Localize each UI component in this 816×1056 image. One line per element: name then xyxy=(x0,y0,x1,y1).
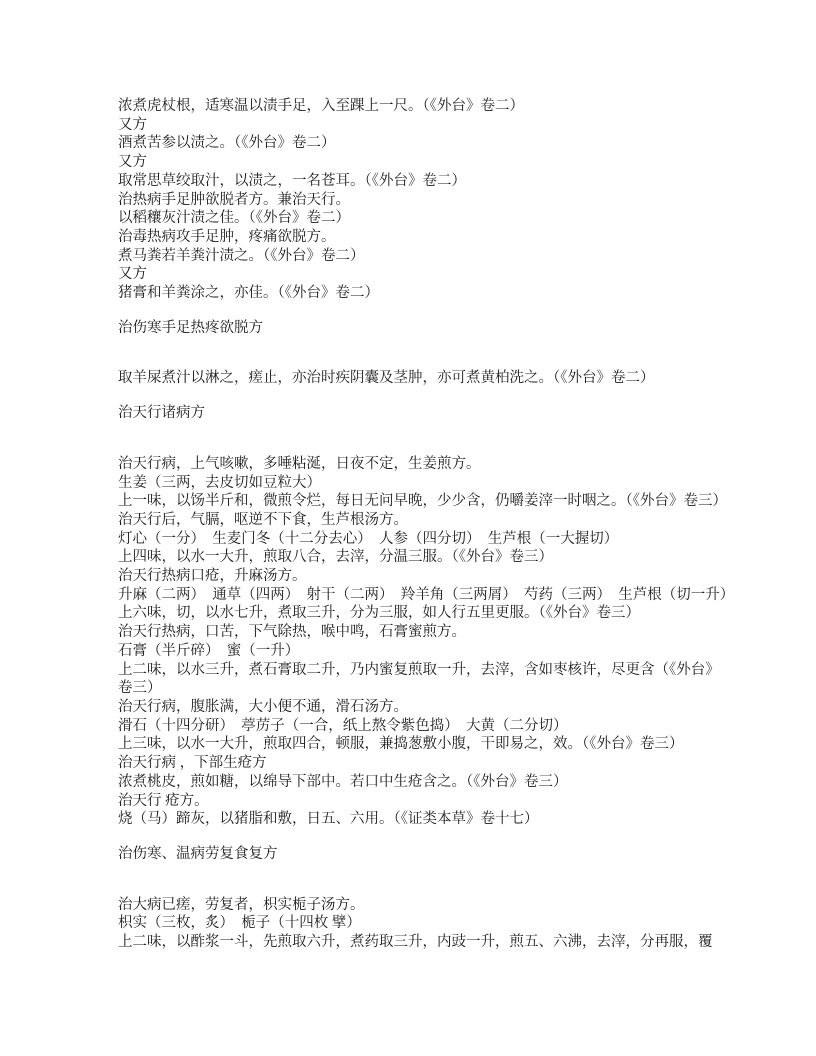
text-line: 上二味，以水三升，煮石膏取二升，乃内蜜复煎取一升，去滓，含如枣核许，尽更含（《外… xyxy=(118,661,758,680)
text-line: 治天行病，腹胀满，大小便不通，滑石汤方。 xyxy=(118,698,758,717)
text-line: 上一味，以饧半斤和，微煎令烂，每日无问早晚，少少含，仍嚼姜滓一时咽之。（《外台》… xyxy=(118,492,758,511)
text-line: 猪膏和羊粪涂之，亦佳。（《外台》卷二） xyxy=(118,284,758,303)
text-line: 取羊屎煮汁以淋之，瘥止，亦治时疾阴囊及茎肿，亦可煮黄柏洗之。（《外台》卷二） xyxy=(118,369,758,388)
text-line: 治大病已瘥，劳复者，枳实栀子汤方。 xyxy=(118,896,758,915)
text-line: 卷三） xyxy=(118,679,758,698)
text-line: 又方 xyxy=(118,116,758,135)
text-line: 又方 xyxy=(118,153,758,172)
text-line: 上四味，以水一大升，煎取八合，去滓，分温三服。（《外台》卷三） xyxy=(118,548,758,567)
document-body: 浓煮虎杖根，适寒温以渍手足，入至踝上一尺。（《外台》卷二）又方酒煮苦参以渍之。（… xyxy=(118,97,758,952)
text-line: 治天行 疮方。 xyxy=(118,792,758,811)
paragraph: 治天行病，上气咳嗽，多唾粘涎，日夜不定，生姜煎方。生姜（三两，去皮切如豆粒大）上… xyxy=(118,455,758,829)
text-line: 上三味，以水一大升，煎取四合，顿服，兼捣葱敷小腹，干即易之，效。（《外台》卷三） xyxy=(118,735,758,754)
paragraph: 取羊屎煮汁以淋之，瘥止，亦治时疾阴囊及茎肿，亦可煮黄柏洗之。（《外台》卷二） xyxy=(118,369,758,388)
text-line: 浓煮桃皮，煎如糖，以绵导下部中。若口中生疮含之。（《外台》卷三） xyxy=(118,773,758,792)
text-line: 治天行后，气膈，呕逆不下食，生芦根汤方。 xyxy=(118,511,758,530)
text-line: 煮马粪若羊粪汁渍之。（《外台》卷二） xyxy=(118,247,758,266)
text-line: 灯心（一分） 生麦门冬（十二分去心） 人参（四分切） 生芦根（一大握切） xyxy=(118,530,758,549)
paragraph: 浓煮虎杖根，适寒温以渍手足，入至踝上一尺。（《外台》卷二）又方酒煮苦参以渍之。（… xyxy=(118,97,758,303)
text-line: 治天行病 ，下部生疮方 xyxy=(118,754,758,773)
text-line: 治热病手足肿欲脱者方。兼治天行。 xyxy=(118,191,758,210)
section-heading: 治伤寒手足热疼欲脱方 xyxy=(118,319,758,338)
text-line: 上六味，切，以水七升，煮取三升，分为三服，如人行五里更服。（《外台》卷三） xyxy=(118,604,758,623)
text-line: 石膏（半斤碎） 蜜（一升） xyxy=(118,642,758,661)
text-line: 上二味，以酢浆一斗，先煎取六升，煮药取三升，内豉一升，煎五、六沸，去滓，分再服，… xyxy=(118,933,758,952)
text-line: 升麻（二两） 通草（四两） 射干（二两） 羚羊角（三两屑） 芍药（三两） 生芦根… xyxy=(118,586,758,605)
text-line: 浓煮虎杖根，适寒温以渍手足，入至踝上一尺。（《外台》卷二） xyxy=(118,97,758,116)
text-line: 烧（马）蹄灰，以猪脂和敷，日五、六用。（《证类本草》卷十七） xyxy=(118,810,758,829)
text-line: 酒煮苦参以渍之。（《外台》卷二） xyxy=(118,134,758,153)
text-line: 枳实（三枚，炙） 栀子（十四枚 擘） xyxy=(118,914,758,933)
text-line: 生姜（三两，去皮切如豆粒大） xyxy=(118,474,758,493)
section-heading: 治伤寒、温病劳复食复方 xyxy=(118,845,758,864)
document-page: 浓煮虎杖根，适寒温以渍手足，入至踝上一尺。（《外台》卷二）又方酒煮苦参以渍之。（… xyxy=(0,0,816,1056)
text-line: 又方 xyxy=(118,265,758,284)
text-line: 治天行病，上气咳嗽，多唾粘涎，日夜不定，生姜煎方。 xyxy=(118,455,758,474)
paragraph: 治大病已瘥，劳复者，枳实栀子汤方。枳实（三枚，炙） 栀子（十四枚 擘）上二味，以… xyxy=(118,896,758,952)
text-line: 滑石（十四分研） 葶苈子（一合，纸上熬令紫色捣） 大黄（二分切） xyxy=(118,717,758,736)
text-line: 治天行热病，口苦，下气除热，喉中鸣，石膏蜜煎方。 xyxy=(118,623,758,642)
text-line: 治天行热病口疮，升麻汤方。 xyxy=(118,567,758,586)
text-line: 以稻穰灰汁渍之佳。（《外台》卷二） xyxy=(118,209,758,228)
section-heading: 治天行诸病方 xyxy=(118,404,758,423)
text-line: 取常思草绞取汁，以渍之，一名苍耳。（《外台》卷二） xyxy=(118,172,758,191)
text-line: 治毒热病攻手足肿，疼痛欲脱方。 xyxy=(118,228,758,247)
